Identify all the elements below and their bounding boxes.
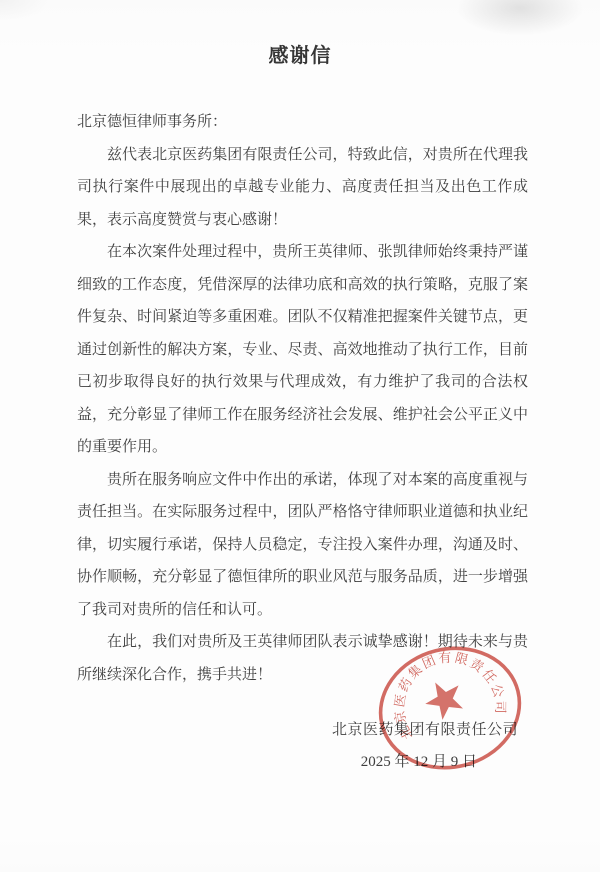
letter-body: 北京德恒律师事务所： 兹代表北京医药集团有限责任公司，特致此信，对贵所在代理我司… bbox=[77, 106, 528, 691]
signature-company: 北京医药集团有限责任公司 bbox=[332, 719, 518, 741]
letter-page: 感谢信 北京德恒律师事务所： 兹代表北京医药集团有限责任公司，特致此信，对贵所在… bbox=[0, 0, 600, 872]
salutation: 北京德恒律师事务所： bbox=[77, 106, 528, 139]
letter-paragraphs: 兹代表北京医药集团有限责任公司，特致此信，对贵所在代理我司执行案件中展现出的卓越… bbox=[77, 139, 528, 692]
paragraph: 在此，我们对贵所及王英律师团队表示诚挚感谢！期待未来与贵所继续深化合作，携手共进… bbox=[77, 626, 528, 691]
paragraph: 贵所在服务响应文件中作出的承诺，体现了对本案的高度重视与责任担当。在实际服务过程… bbox=[77, 464, 528, 627]
paragraph: 兹代表北京医药集团有限责任公司，特致此信，对贵所在代理我司执行案件中展现出的卓越… bbox=[77, 139, 528, 237]
signature-date: 2025 年 12 月 9 日 bbox=[361, 751, 477, 773]
paragraph: 在本次案件处理过程中，贵所王英律师、张凯律师始终秉持严谨细致的工作态度，凭借深厚… bbox=[77, 236, 528, 464]
letter-title: 感谢信 bbox=[0, 0, 600, 67]
